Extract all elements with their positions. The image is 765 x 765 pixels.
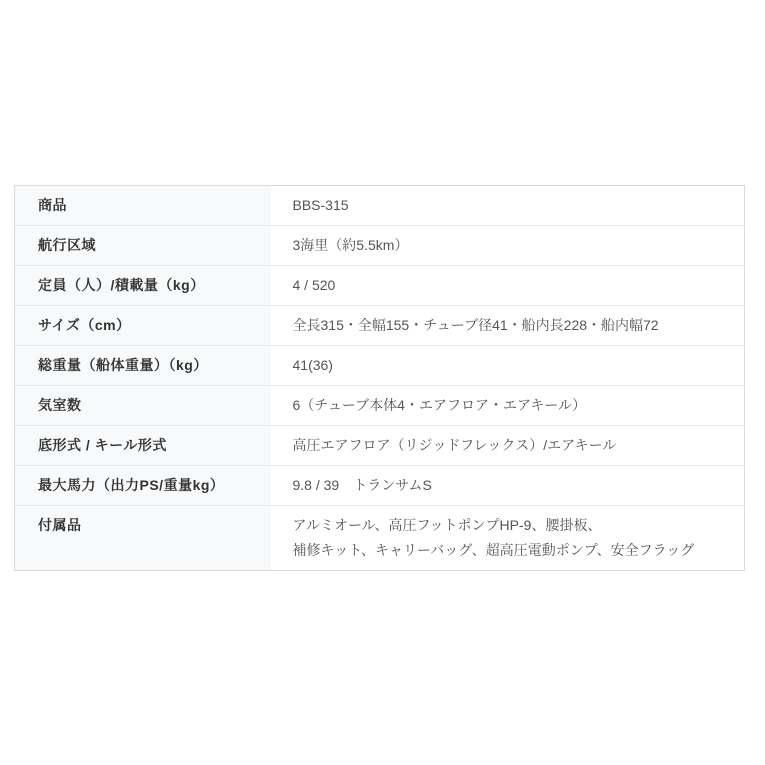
spec-label-floor-keel-type: 底形式 / キール形式 [15, 426, 271, 466]
spec-label-product: 商品 [15, 186, 271, 226]
spec-label-total-weight: 総重量（船体重量）（kg） [15, 346, 271, 386]
spec-row-navigation-area: 航行区域 3海里（約5.5km） [15, 226, 745, 266]
spec-label-size: サイズ（cm） [15, 306, 271, 346]
product-spec-table: 商品 BBS-315 航行区域 3海里（約5.5km） 定員（人）/積載量（kg… [14, 185, 745, 571]
spec-label-capacity: 定員（人）/積載量（kg） [15, 266, 271, 306]
spec-row-product: 商品 BBS-315 [15, 186, 745, 226]
spec-value-size: 全長315・全幅155・チューブ径41・船内長228・船内幅72 [271, 306, 745, 346]
spec-row-total-weight: 総重量（船体重量）（kg） 41(36) [15, 346, 745, 386]
spec-row-floor-keel-type: 底形式 / キール形式 高圧エアフロア（リジッドフレックス）/エアキール [15, 426, 745, 466]
spec-value-accessories-line-2: 補修キット、キャリーバッグ、超高圧電動ポンプ、安全フラッグ [293, 538, 733, 563]
spec-value-floor-keel-type: 高圧エアフロア（リジッドフレックス）/エアキール [271, 426, 745, 466]
spec-value-accessories: アルミオール、高圧フットポンプHP-9、腰掛板、 補修キット、キャリーバッグ、超… [271, 506, 745, 571]
spec-label-navigation-area: 航行区域 [15, 226, 271, 266]
spec-value-capacity: 4 / 520 [271, 266, 745, 306]
spec-row-air-chambers: 気室数 6（チューブ本体4・エアフロア・エアキール） [15, 386, 745, 426]
spec-value-total-weight: 41(36) [271, 346, 745, 386]
spec-value-product: BBS-315 [271, 186, 745, 226]
spec-row-accessories: 付属品 アルミオール、高圧フットポンプHP-9、腰掛板、 補修キット、キャリーバ… [15, 506, 745, 571]
spec-label-max-horsepower: 最大馬力（出力PS/重量kg） [15, 466, 271, 506]
spec-label-accessories: 付属品 [15, 506, 271, 571]
spec-value-air-chambers: 6（チューブ本体4・エアフロア・エアキール） [271, 386, 745, 426]
spec-row-max-horsepower: 最大馬力（出力PS/重量kg） 9.8 / 39 トランサムS [15, 466, 745, 506]
spec-row-capacity: 定員（人）/積載量（kg） 4 / 520 [15, 266, 745, 306]
spec-value-accessories-line-1: アルミオール、高圧フットポンプHP-9、腰掛板、 [293, 513, 733, 538]
spec-value-max-horsepower: 9.8 / 39 トランサムS [271, 466, 745, 506]
spec-label-air-chambers: 気室数 [15, 386, 271, 426]
spec-value-navigation-area: 3海里（約5.5km） [271, 226, 745, 266]
spec-row-size: サイズ（cm） 全長315・全幅155・チューブ径41・船内長228・船内幅72 [15, 306, 745, 346]
product-spec-table-container: 商品 BBS-315 航行区域 3海里（約5.5km） 定員（人）/積載量（kg… [14, 185, 745, 571]
page: 商品 BBS-315 航行区域 3海里（約5.5km） 定員（人）/積載量（kg… [0, 0, 765, 765]
